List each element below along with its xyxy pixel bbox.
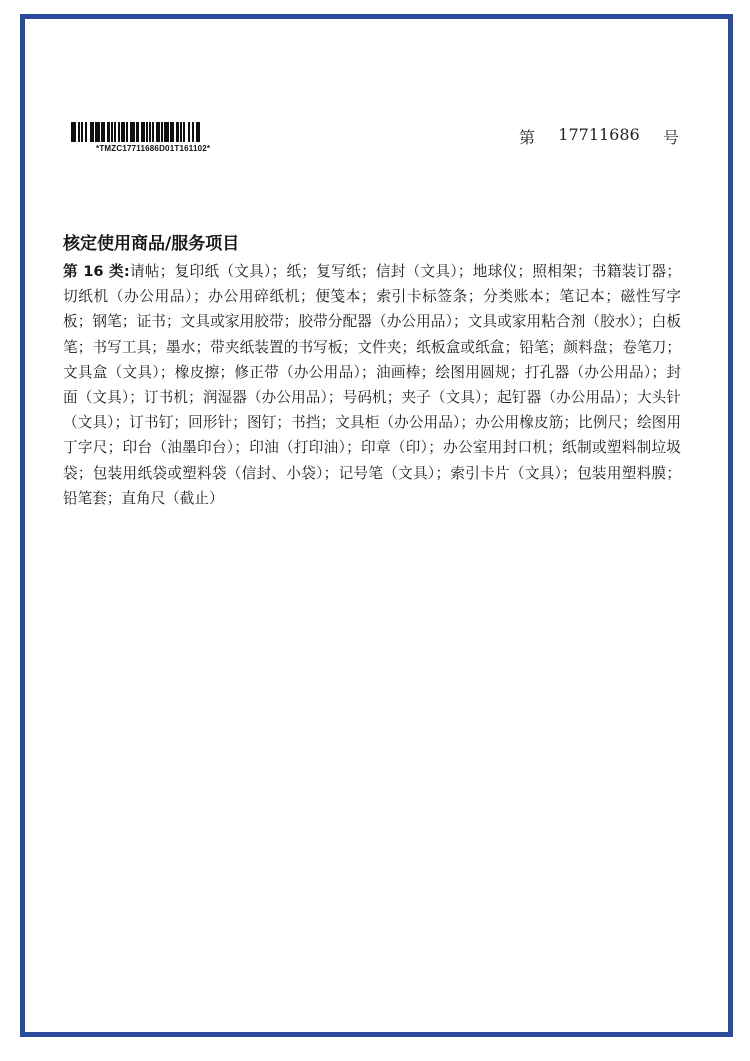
registration-number: 第 17711686 号: [519, 125, 679, 148]
barcode: *TMZC17711686D01T161102*: [71, 122, 251, 153]
section-title: 核定使用商品/服务项目: [63, 229, 239, 254]
barcode-image: [71, 122, 251, 142]
registration-number-value: 17711686: [558, 125, 639, 148]
goods-items: 请帖；复印纸（文具）；纸；复写纸；信封（文具）；地球仪；照相架；书籍装订器；切纸…: [63, 263, 681, 507]
goods-list: 第 16 类:请帖；复印纸（文具）；纸；复写纸；信封（文具）；地球仪；照相架；书…: [63, 259, 681, 511]
registration-prefix: 第: [519, 125, 535, 148]
class-label: 第 16 类:: [63, 263, 130, 280]
barcode-text: *TMZC17711686D01T161102*: [96, 144, 251, 153]
page-border: [20, 14, 733, 1037]
registration-suffix: 号: [663, 125, 679, 148]
